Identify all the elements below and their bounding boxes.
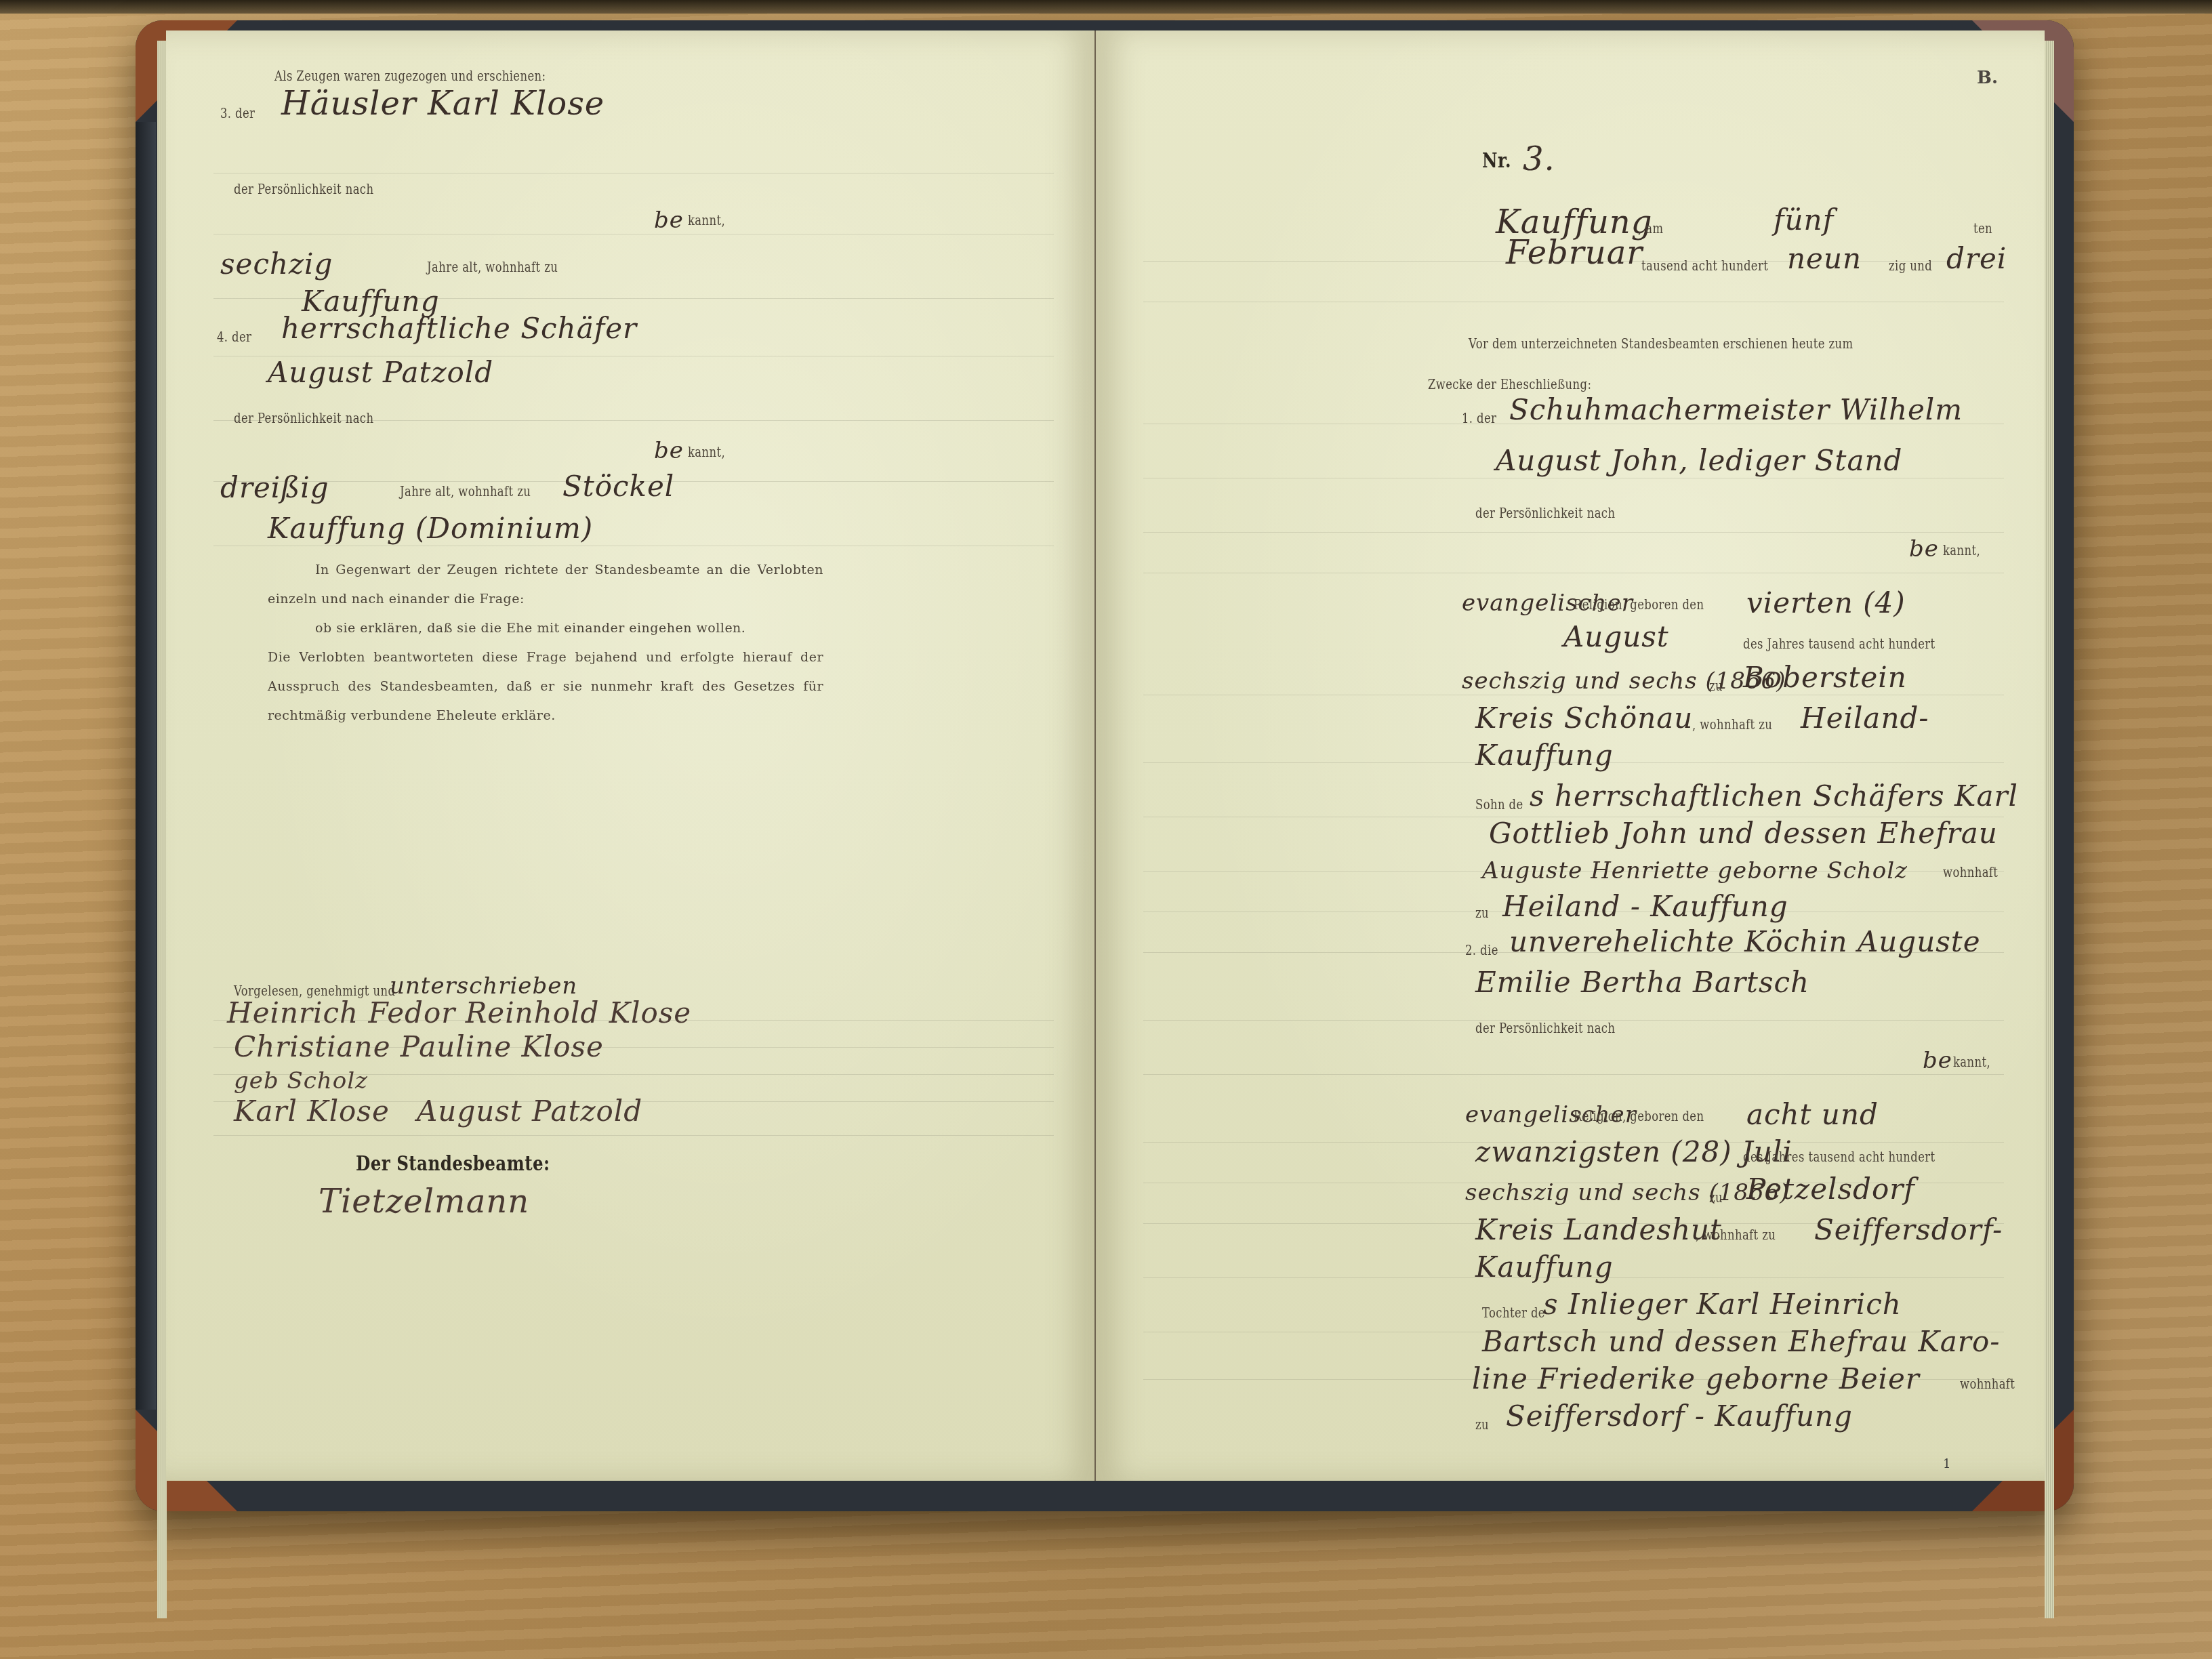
groom-parents-prefix: Sohn de [1475,796,1523,813]
witness4-prefix: 4. der [217,329,251,345]
bride-birth-zu: zu [1709,1189,1723,1206]
bride-residence-1: Seiffersdorf- [1814,1213,2003,1246]
groom-line1: Schuhmachermeister Wilhelm [1509,393,1963,426]
ceremony-declaration: Die Verlobten beantworteten diese Frage … [268,643,823,731]
ceremony-question-text: ob sie erklären, daß sie die Ehe mit ein… [268,614,823,643]
witness3-identity-label: der Persönlichkeit nach [234,181,373,197]
groom-residence-label: , wohnhaft zu [1692,716,1772,733]
bride-birth-day-1: acht und [1746,1098,1879,1131]
groom-birth-day: vierten (4) [1746,586,1906,619]
groom-parents-residence-zu: zu [1475,905,1489,921]
bride-parents-residence-label: wohnhaft [1960,1376,2015,1392]
bride-known-print: kannt, [1953,1054,1990,1070]
bride-residence-label: , wohnhaft zu [1696,1227,1776,1243]
groom-prefix: 1. der [1462,410,1496,426]
registrar-signature: Tietzelmann [319,1183,529,1221]
witness3-known-print: kannt, [688,212,725,228]
entry-label: Nr. [1482,149,1511,173]
bride-birthplace: Petzelsdorf [1746,1172,1915,1206]
groom-parents-line2: Gottlieb John und dessen Ehefrau [1489,817,1998,850]
groom-line2: August John, lediger Stand [1496,444,1902,477]
cover-edge-left [136,122,156,1410]
bride-district: Kreis Landeshut [1475,1213,1722,1246]
witness3-age-label: Jahre alt, wohnhaft zu [427,259,558,275]
bride-residence-2: Kauffung [1475,1250,1614,1284]
bride-parents-residence-zu: zu [1475,1416,1489,1433]
bride-prefix: 2. die [1465,942,1498,958]
desk-edge [0,0,2212,14]
bride-religion-label: Religion, geboren den [1574,1108,1704,1124]
page-stack-left [157,41,167,1618]
page-letter: B. [1977,68,1998,88]
bride-parents-prefix: Tochter de [1482,1305,1545,1321]
groom-residence-1: Heiland- [1801,701,1929,735]
signature-groom: Heinrich Fedor Reinhold Klose [227,996,691,1029]
groom-parents-residence-label: wohnhaft [1943,864,1998,880]
intro-text-2: Zwecke der Eheschließung: [1428,376,1591,392]
left-page: Als Zeugen waren zugezogen und erschiene… [166,30,1096,1481]
witness4-occupation: herrschaftliche Schäfer [281,312,637,345]
bride-parents-line1: s Inlieger Karl Heinrich [1543,1288,1902,1321]
witness3-prefix: 3. der [220,105,255,121]
record-year-hand-1: neun [1787,242,1862,275]
witness4-residence-1: Stöckel [562,470,674,503]
signature-bride-maiden: geb Scholz [234,1067,368,1094]
groom-residence-2: Kauffung [1475,739,1614,772]
record-month: Februar [1506,234,1643,272]
record-day: fünf [1774,203,1834,237]
groom-birthplace: Boberstein [1743,661,1907,694]
groom-known-hand: be [1909,535,1939,562]
groom-known-print: kannt, [1943,542,1980,558]
record-year-print-1: tausend acht hundert [1641,258,1768,274]
witness3-known-hand: be [654,207,684,234]
record-year-hand-2: drei [1946,242,2007,275]
witness4-residence-2: Kauffung (Dominium) [268,512,593,545]
signature-witness4: August Patzold [417,1094,642,1128]
bride-known-hand: be [1923,1047,1952,1074]
intro-text: Vor dem unterzeichneten Standesbeamten e… [1469,335,1853,352]
bride-identity-label: der Persönlichkeit nach [1475,1020,1615,1036]
witness4-age-label: Jahre alt, wohnhaft zu [400,483,531,499]
groom-birth-year: sechszig und sechs (1866) [1462,668,1786,695]
bride-birth-year: sechszig und sechs (1866) [1465,1179,1790,1206]
page-stack-right [2045,41,2054,1618]
witness4-name: August Patzold [268,356,493,389]
right-page: B. Nr. 3. Kauffung , am fünf ten Februar… [1096,30,2045,1481]
groom-district: Kreis Schönau [1475,701,1693,735]
bride-birth-year-print: des Jahres tausend acht hundert [1743,1149,1935,1165]
groom-parents-line1: s herrschaftlichen Schäfers Karl [1530,779,2018,813]
witness-header: Als Zeugen waren zugezogen und erschiene… [274,68,546,84]
groom-parents-line3: Auguste Henriette geborne Scholz [1482,857,1908,884]
witness3-name: Häusler Karl Klose [281,85,605,123]
signoff-hand: unterschrieben [390,972,577,1000]
groom-birth-month: August [1563,620,1669,653]
witness3-age: sechzig [220,247,333,281]
groom-religion-label: Religion, geboren den [1574,596,1704,613]
witness4-known-print: kannt, [688,444,725,460]
bride-parents-line2: Bartsch und dessen Ehefrau Karo- [1482,1325,2000,1358]
witness4-identity-label: der Persönlichkeit nach [234,410,373,426]
ceremony-question: In Gegenwart der Zeugen richtete der Sta… [268,556,823,614]
registrar-label: Der Standesbeamte: [356,1152,550,1176]
witness4-known-hand: be [654,437,684,464]
record-day-suffix: ten [1973,220,1992,237]
groom-parents-residence: Heiland - Kauffung [1502,890,1788,923]
groom-birth-year-print: des Jahres tausend acht hundert [1743,636,1935,652]
record-year-print-2: zig und [1889,258,1932,274]
signature-witness3: Karl Klose [234,1094,390,1128]
page-number: 1 [1943,1457,1950,1471]
entry-number: 3. [1523,140,1555,178]
bride-line2: Emilie Bertha Bartsch [1475,966,1809,999]
bride-line1: unverehelichte Köchin Auguste [1509,925,1981,958]
witness4-age: dreißig [220,471,329,504]
bride-parents-line3: line Friederike geborne Beier [1472,1362,1920,1395]
groom-identity-label: der Persönlichkeit nach [1475,505,1615,521]
signature-bride: Christiane Pauline Klose [234,1030,604,1063]
groom-birth-zu: zu [1709,678,1723,694]
bride-parents-residence: Seiffersdorf - Kauffung [1506,1399,1853,1433]
